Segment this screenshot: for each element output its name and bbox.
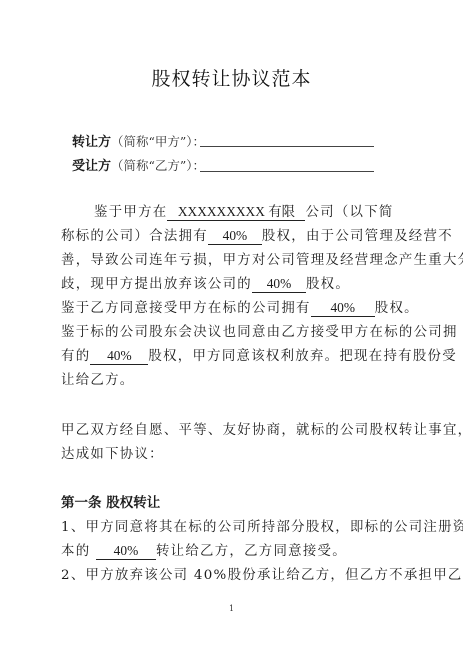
document-title: 股权转让协议范本: [0, 64, 463, 91]
share-percentage-blank[interactable]: 40%: [96, 543, 156, 560]
paragraph1-line1: 鉴于甲方在XXXXXXXXX 有限公司（以下简: [61, 201, 401, 225]
text: 股权。: [375, 301, 419, 316]
share-percentage-blank[interactable]: 40%: [252, 276, 306, 293]
text: 鉴于甲方在: [94, 205, 167, 220]
document-page: 股权转让协议范本 转让方（简称“甲方”）： 受让方（简称“乙方”）： 鉴于甲方在…: [0, 0, 463, 655]
recitals-body: 鉴于甲方在XXXXXXXXX 有限公司（以下简 称标的公司）合法拥有40%股权，…: [61, 201, 401, 393]
text: 有的: [61, 349, 90, 364]
article1-body: 1、甲方同意将其在标的公司所持部分股权，即标的公司注册资 本的 40%转让给乙方…: [61, 516, 401, 588]
transferee-label: 受让方: [72, 159, 111, 174]
article1-heading: 第一条 股权转让: [61, 492, 160, 514]
transferee-row: 受让方（简称“乙方”）：: [72, 156, 205, 176]
article1-item1-line2: 本的 40%转让给乙方，乙方同意接受。: [61, 540, 401, 564]
paragraph1-line4: 歧，现甲方提出放弃该公司的40%股权。: [61, 273, 401, 297]
share-percentage-blank[interactable]: 40%: [208, 228, 262, 245]
text: 歧，现甲方提出放弃该公司的: [61, 277, 252, 292]
share-percentage-blank[interactable]: 40%: [90, 348, 148, 365]
text: 股权，由于公司管理及经营不: [262, 229, 453, 244]
agreement-preamble: 甲乙双方经自愿、平等、友好协商，就标的公司股权转让事宜， 达成如下协议：: [61, 419, 401, 467]
transferor-name-field[interactable]: [200, 146, 374, 147]
share-percentage-blank[interactable]: 40%: [311, 300, 375, 317]
paragraph4-line1: 甲乙双方经自愿、平等、友好协商，就标的公司股权转让事宜，: [61, 419, 401, 443]
paragraph3-line2: 有的40%股权，甲方同意该权利放弃。把现在持有股份受: [61, 345, 401, 369]
transferor-label: 转让方: [72, 135, 111, 150]
article1-item2-line1: 2、甲方放弃该公司 40%股份承让给乙方，但乙方不承担甲乙双: [61, 564, 401, 588]
paragraph1-line3: 善，导致公司连年亏损，甲方对公司管理及经营理念产生重大分: [61, 249, 401, 273]
text: 转让给乙方，乙方同意接受。: [156, 544, 347, 559]
article1-item1-line1: 1、甲方同意将其在标的公司所持部分股权，即标的公司注册资: [61, 516, 401, 540]
paragraph3-line1: 鉴于标的公司股东会决议也同意由乙方接受甲方在标的公司拥: [61, 321, 401, 345]
text: 股权，甲方同意该权利放弃。把现在持有股份受: [148, 349, 457, 364]
paragraph4-line2: 达成如下协议：: [61, 443, 401, 467]
transferee-abbreviation: （简称“乙方”）：: [111, 158, 205, 173]
transferee-name-field[interactable]: [200, 171, 374, 172]
paragraph2-line1: 鉴于乙方同意接受甲方在标的公司拥有40%股权。: [61, 297, 401, 321]
paragraph1-line2: 称标的公司）合法拥有40%股权，由于公司管理及经营不: [61, 225, 401, 249]
company-name-blank[interactable]: XXXXXXXXX 有限: [167, 204, 305, 221]
text: 鉴于乙方同意接受甲方在标的公司拥有: [61, 301, 311, 316]
text: 股权。: [306, 277, 350, 292]
text: 称标的公司）合法拥有: [61, 229, 208, 244]
transferor-row: 转让方（简称“甲方”）：: [72, 132, 205, 152]
page-number: 1: [229, 604, 234, 613]
text: 公司（以下简: [305, 205, 393, 220]
text: 本的: [61, 544, 96, 559]
transferor-abbreviation: （简称“甲方”）：: [111, 134, 205, 149]
paragraph3-line3: 让给乙方。: [61, 369, 401, 393]
